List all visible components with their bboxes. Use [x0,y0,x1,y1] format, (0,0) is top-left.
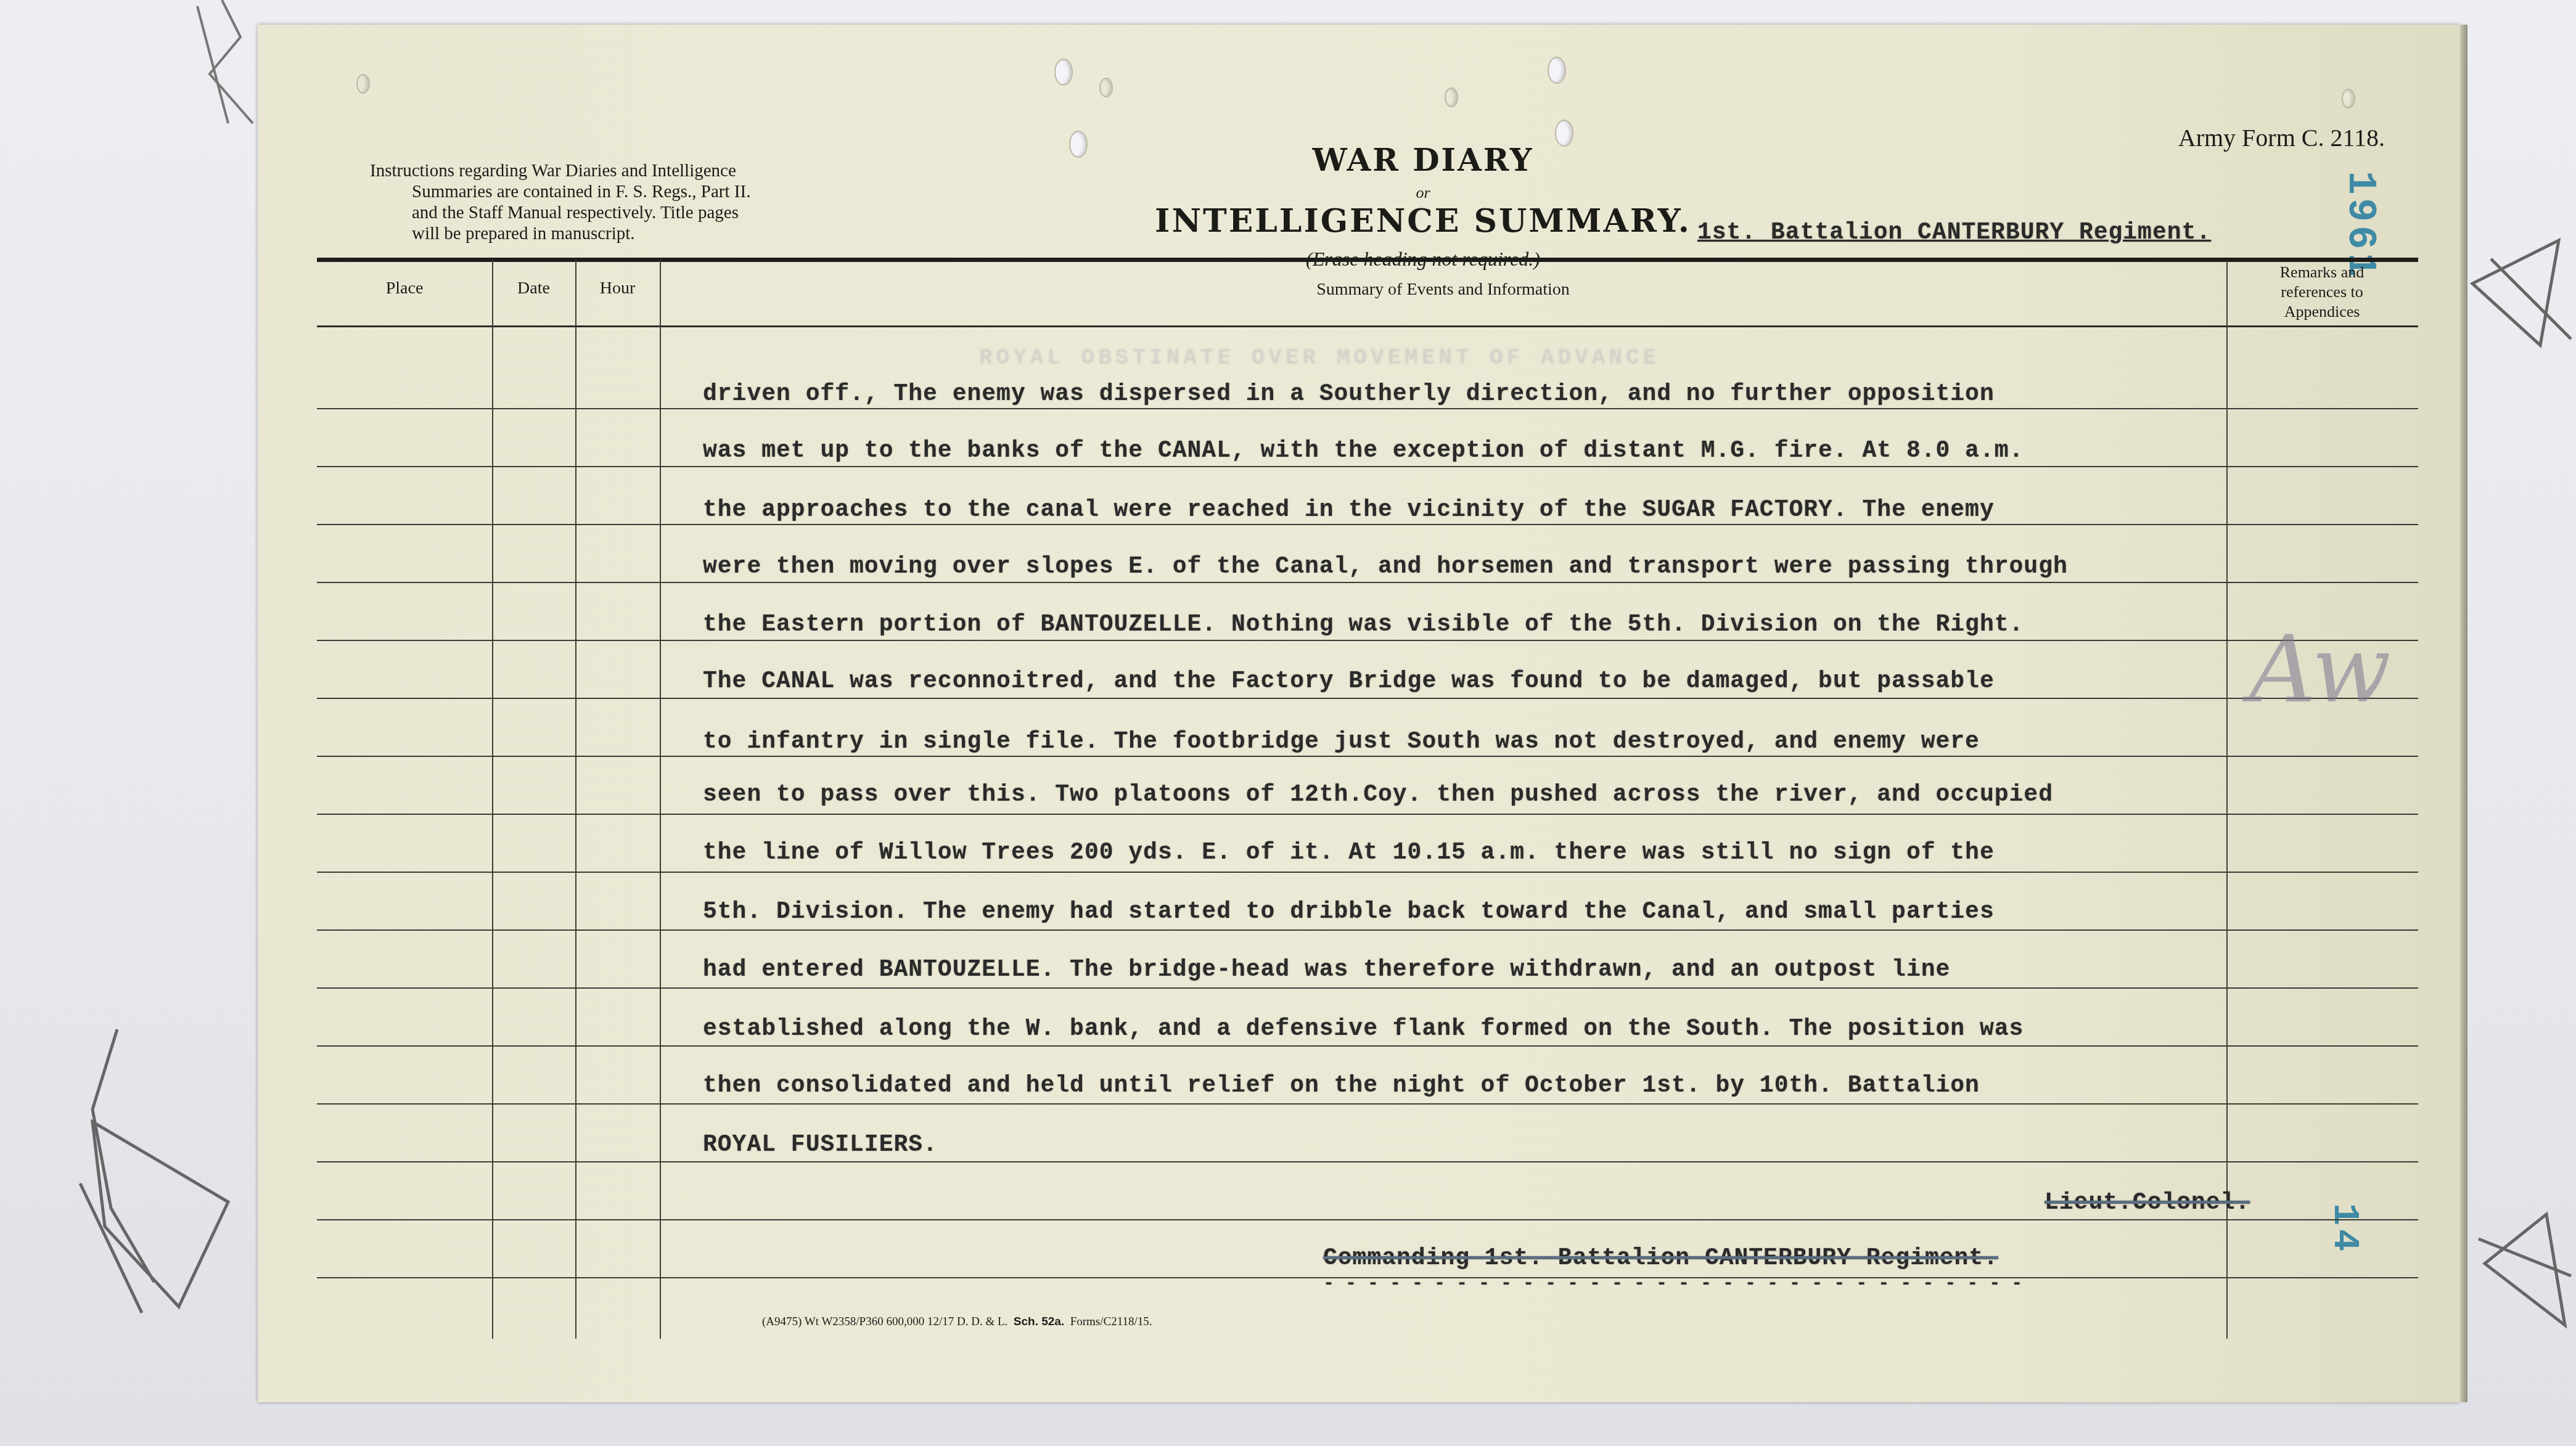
row-rule [317,640,2418,641]
instructions-line: will be prepared in manuscript. [370,223,900,244]
instructions-line: and the Staff Manual respectively. Title… [370,202,900,223]
punch-hole [1099,78,1113,97]
ghost-heading: ROYAL OBSTINATE OVER MOVEMENT OF ADVANCE [979,345,1660,370]
imprint-forms: Forms/C2118/15. [1070,1315,1152,1328]
signature-rank: Lieut.Colonel. [2045,1190,2250,1216]
column-header-hour: Hour [575,279,660,298]
summary-line: to infantry in single file. The footbrid… [703,729,1980,755]
row-rule [317,582,2418,583]
punch-hole [1548,57,1566,84]
column-header-remarks: Remarks and references to Appendices [2226,263,2418,322]
printer-imprint: (A9475) Wt W2358/P360 600,000 12/17 D. D… [762,1315,1152,1329]
summary-line: then consolidated and held until relief … [703,1072,1980,1099]
instructions-note: Instructions regarding War Diaries and I… [370,160,900,244]
unit-name: 1st. Battalion CANTERBURY Regiment. [1697,219,2211,246]
punch-hole [2342,89,2355,108]
summary-line: established along the W. bank, and a def… [703,1016,2024,1042]
row-rule [317,814,2418,815]
signature-dots: - - - - - - - - - - - - - - - - - - - - … [1323,1273,2022,1294]
row-rule [317,524,2418,525]
column-divider [575,260,576,1339]
punch-hole [1069,131,1088,158]
remarks-header-line: Appendices [2226,302,2418,322]
row-rule [317,1219,2418,1220]
row-rule [317,987,2418,989]
archive-stamp-bottom: 14 [2323,1203,2365,1255]
instructions-line: Summaries are contained in F. S. Regs., … [370,181,900,202]
table-top-rule [317,258,2418,262]
summary-line: had entered BANTOUZELLE. The bridge-head… [703,957,1950,983]
remarks-pencil-annotation: Aw [2249,616,2391,724]
pencil-scribble-right-top [2466,222,2576,357]
row-rule [317,466,2418,467]
column-header-place: Place [317,279,492,298]
summary-line: 5th. Division. The enemy had started to … [703,899,1995,925]
title-war-diary: WAR DIARY [1263,142,1583,178]
imprint-schedule: Sch. 52a. [1014,1315,1064,1328]
signature-command: Commanding 1st. Battalion CANTERBURY Reg… [1323,1245,1998,1272]
column-divider [492,260,493,1339]
summary-line: the approaches to the canal were reached… [703,497,1995,523]
pencil-scribble-left-bottom [68,1023,265,1319]
title-or: or [1263,184,1583,202]
imprint-text: (A9475) Wt W2358/P360 600,000 12/17 D. D… [762,1315,1007,1328]
summary-line: ROYAL FUSILIERS. [703,1132,938,1158]
sheet-edge [2460,25,2467,1402]
row-rule [317,872,2418,873]
pencil-scribble-right-bottom [2472,1202,2576,1338]
column-divider [2226,260,2228,1339]
row-rule [317,1045,2418,1047]
summary-line: the line of Willow Trees 200 yds. E. of … [703,839,1995,866]
summary-line: was met up to the banks of the CANAL, wi… [703,438,2024,464]
summary-line: driven off., The enemy was dispersed in … [703,381,1995,407]
column-header-summary: Summary of Events and Information [660,280,2226,300]
summary-line: The CANAL was reconnoitred, and the Fact… [703,668,1995,695]
row-rule [317,756,2418,757]
summary-line: were then moving over slopes E. of the C… [703,553,2068,580]
army-form-number: Army Form C. 2118. [2107,123,2385,152]
title-intelligence-summary: INTELLIGENCE SUMMARY. [1109,202,1737,240]
punch-hole [1445,88,1458,107]
row-rule [317,408,2418,409]
column-header-date: Date [492,279,575,298]
remarks-header-line: references to [2226,282,2418,302]
row-rule [317,1161,2418,1162]
summary-line: seen to pass over this. Two platoons of … [703,782,2053,808]
war-diary-form: Instructions regarding War Diaries and I… [258,25,2460,1402]
summary-line: the Eastern portion of BANTOUZELLE. Noth… [703,611,2024,638]
table-header-rule [317,325,2418,327]
row-rule [317,698,2418,699]
column-divider [660,260,661,1339]
punch-hole [356,74,370,94]
row-rule [317,929,2418,931]
punch-hole [1054,59,1073,86]
row-rule [317,1103,2418,1105]
instructions-line: Instructions regarding War Diaries and I… [370,160,900,181]
remarks-header-line: Remarks and [2226,263,2418,282]
